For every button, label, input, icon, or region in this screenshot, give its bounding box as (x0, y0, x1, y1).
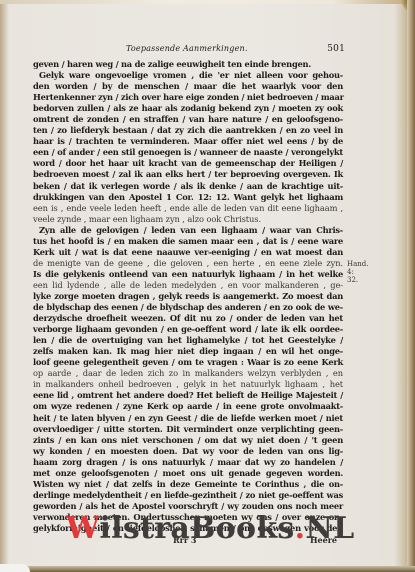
text-line: overvloediger / uitte storten. Dit vermi… (33, 424, 343, 435)
text-line: de menigte van de geene , die geloven , … (33, 258, 343, 269)
text-line: derlinge medelydentheit / en liefde-gezi… (33, 490, 343, 501)
watermark-tld: NL (305, 511, 354, 546)
text-line: drukkingen van den Apostel 1 Cor. 12: 12… (33, 192, 343, 203)
text-line: veele zynde , maar een lighaam zyn , alz… (33, 214, 343, 225)
text-line: haar is / trachten te verminderen. Maar … (33, 136, 343, 147)
margin-reference-line-2: 32. (347, 276, 369, 284)
text-line: om wyze redenen / zyne Kerk op aarde / i… (33, 401, 343, 412)
text-line: zints / en kan ons niet verschonen / om … (33, 435, 343, 446)
text-line: geven / haren weg / na de zalige eeuwigh… (33, 59, 343, 70)
watermark-logo: WilstraBooks.NL (66, 511, 354, 546)
text-line: den worden / by de menschen / maar die h… (33, 81, 343, 92)
text-line: in malkanders onheil bedroeven , gelyk i… (33, 379, 343, 390)
text-line: zelfs maken kan. Ik mag hier niet diep i… (33, 346, 343, 357)
text-line: omtrent de zonden / en straffen / van ha… (33, 114, 343, 125)
text-line: eene lid , omtrent het andere doed? Het … (33, 390, 343, 401)
text-line: Is die gelykenis ontleend van een natuur… (33, 269, 343, 280)
running-head-title: Toepassende Aanmerkingen. (126, 44, 248, 53)
watermark-dot: . (295, 511, 306, 546)
text-line: derzydsche droefheit weezen. Of dit nu z… (33, 313, 343, 324)
text-line: verborge lighaam gevonden / en ge-oeffen… (33, 324, 343, 335)
body-text: geven / haren weg / na de zalige eeuwigh… (33, 59, 343, 534)
scanned-book-page: Toepassende Aanmerkingen. 501 geven / ha… (0, 0, 415, 572)
page-top-edge (0, 0, 415, 4)
running-head: Toepassende Aanmerkingen. 501 (33, 44, 343, 58)
text-line: met onze geloofsgenoten / moet ons uit g… (33, 468, 343, 479)
text-line: loof geene gelegentheit geven / om te vr… (33, 357, 343, 368)
text-line: tus het hoofd is / en maken die samen ma… (33, 236, 343, 247)
page-right-edge (407, 0, 415, 572)
text-line: Kerk uit / wat is dat eene naauwe ver-ee… (33, 247, 343, 258)
text-line: een / of ander / een stil genoegen is / … (33, 147, 343, 158)
text-line: Wisten wy niet / dat zelfs in deze Gemei… (33, 479, 343, 490)
page-bottom-edge (0, 566, 415, 572)
text-line: een is , ende veele leden heeft , ende a… (33, 203, 343, 214)
text-line: ten / zo liefderyk bestaan / dat zy zich… (33, 125, 343, 136)
watermark-initial: W (66, 511, 99, 546)
text-line: bedroeven moest / zal ik aan elks hert /… (33, 169, 343, 180)
text-line: de blydschap des eenen / de blydschap de… (33, 302, 343, 313)
text-line: wy konden / en moesten doen. Dat wy voor… (33, 446, 343, 457)
text-line: bedorven zullen / als ze haar als zodani… (33, 103, 343, 114)
watermark-name: ilstraBooks (99, 511, 294, 546)
text-line: beken / dat ik verlegen worde / als ik d… (33, 181, 343, 192)
text-line: Zyn alle de gelovigen / leden van een li… (33, 225, 343, 236)
text-line: haam zorg dragen / is ons natuurlyk / ma… (33, 457, 343, 468)
text-line: een lid lydende , alle de leden medelyde… (33, 280, 343, 291)
text-line: op aarde , daar de leden zich zo in malk… (33, 368, 343, 379)
margin-reference: Hand. 4: 32. (347, 260, 369, 284)
text-line: word / door het haar uit kracht van de g… (33, 158, 343, 169)
page-body: Toepassende Aanmerkingen. 501 geven / ha… (33, 44, 343, 547)
text-line: heit / te laten blyven / en zyn Geest / … (33, 413, 343, 424)
page-corner-chip (0, 564, 30, 572)
text-line: Hertenkenner zyn / zich over hare eige z… (33, 92, 343, 103)
text-line: lyke zorge moeten dragen , gelyk reeds i… (33, 291, 343, 302)
text-line: len / die de overtuiging van het lighame… (33, 335, 343, 346)
text-line: Gelyk ware ongevoelige vromen , die 'er … (33, 70, 343, 81)
page-number: 501 (327, 44, 345, 54)
margin-reference-line-1: Hand. 4: (347, 260, 369, 276)
